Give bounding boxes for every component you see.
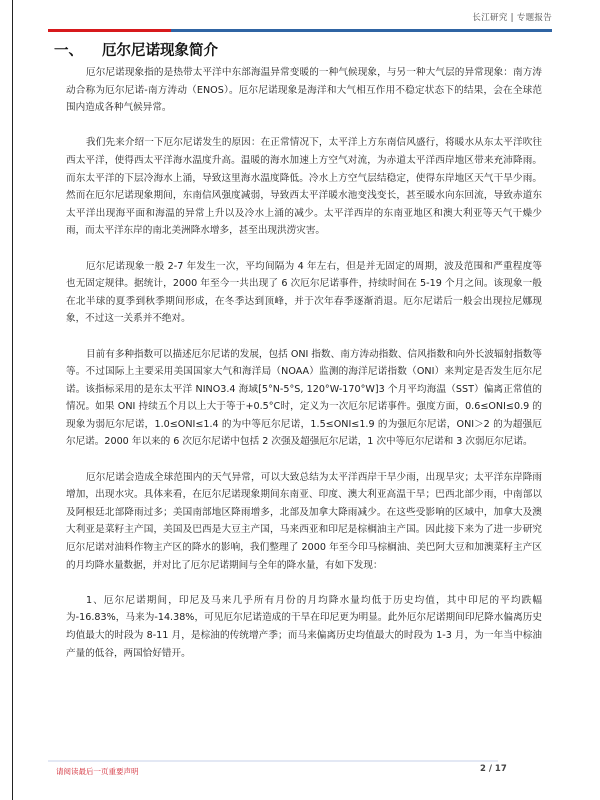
section-number: 一、 [54, 40, 102, 62]
document-body: 一、厄尔尼诺现象简介 厄尔尼诺现象指的是热带太平洋中东部海温异常变暖的一种气候现… [66, 40, 542, 662]
page-edge-rule [12, 0, 13, 800]
paragraph-gap [66, 451, 542, 469]
paragraph-global-impact: 厄尔尼诺会造成全球范围内的天气异常，可以大致总结为太平洋西岸干旱少雨，出现旱灾；… [66, 469, 542, 575]
paragraph-frequency: 厄尔尼诺现象一般 2-7 年发生一次，平均间隔为 4 年左右，但是并无固定的周期… [66, 258, 542, 328]
paragraph-gap [66, 240, 542, 258]
paragraph-gap [66, 328, 542, 346]
section-heading: 一、厄尔尼诺现象简介 [54, 40, 542, 62]
paragraph-intro: 厄尔尼诺现象指的是热带太平洋中东部海温异常变暖的一种气候现象，与另一种大气层的异… [66, 64, 542, 117]
header-divider-red [48, 29, 171, 32]
section-title: 厄尔尼诺现象简介 [102, 43, 218, 59]
header-divider [48, 29, 552, 32]
paragraph-gap [66, 117, 542, 135]
paragraph-causes: 我们先来介绍一下厄尔尼诺发生的原因：在正常情况下，太平洋上方东南信风盛行，将暖水… [66, 134, 542, 240]
footer-divider [48, 760, 498, 762]
paragraph-oni-index: 目前有多种指数可以描述厄尔尼诺的发展，包括 ONI 指数、南方涛动指数、信风指数… [66, 346, 542, 452]
footer-disclaimer: 请阅读最后一页重要声明 [56, 766, 139, 777]
page-number: 2 / 17 [480, 764, 507, 774]
paragraph-finding-1: 1、厄尔尼诺期间，印尼及马来几乎所有月份的月均降水量均低于历史均值，其中印尼的平… [66, 592, 542, 662]
paragraph-gap [66, 574, 542, 592]
report-header: 长江研究 | 专题报告 [440, 11, 552, 23]
header-divider-blue [171, 29, 552, 32]
